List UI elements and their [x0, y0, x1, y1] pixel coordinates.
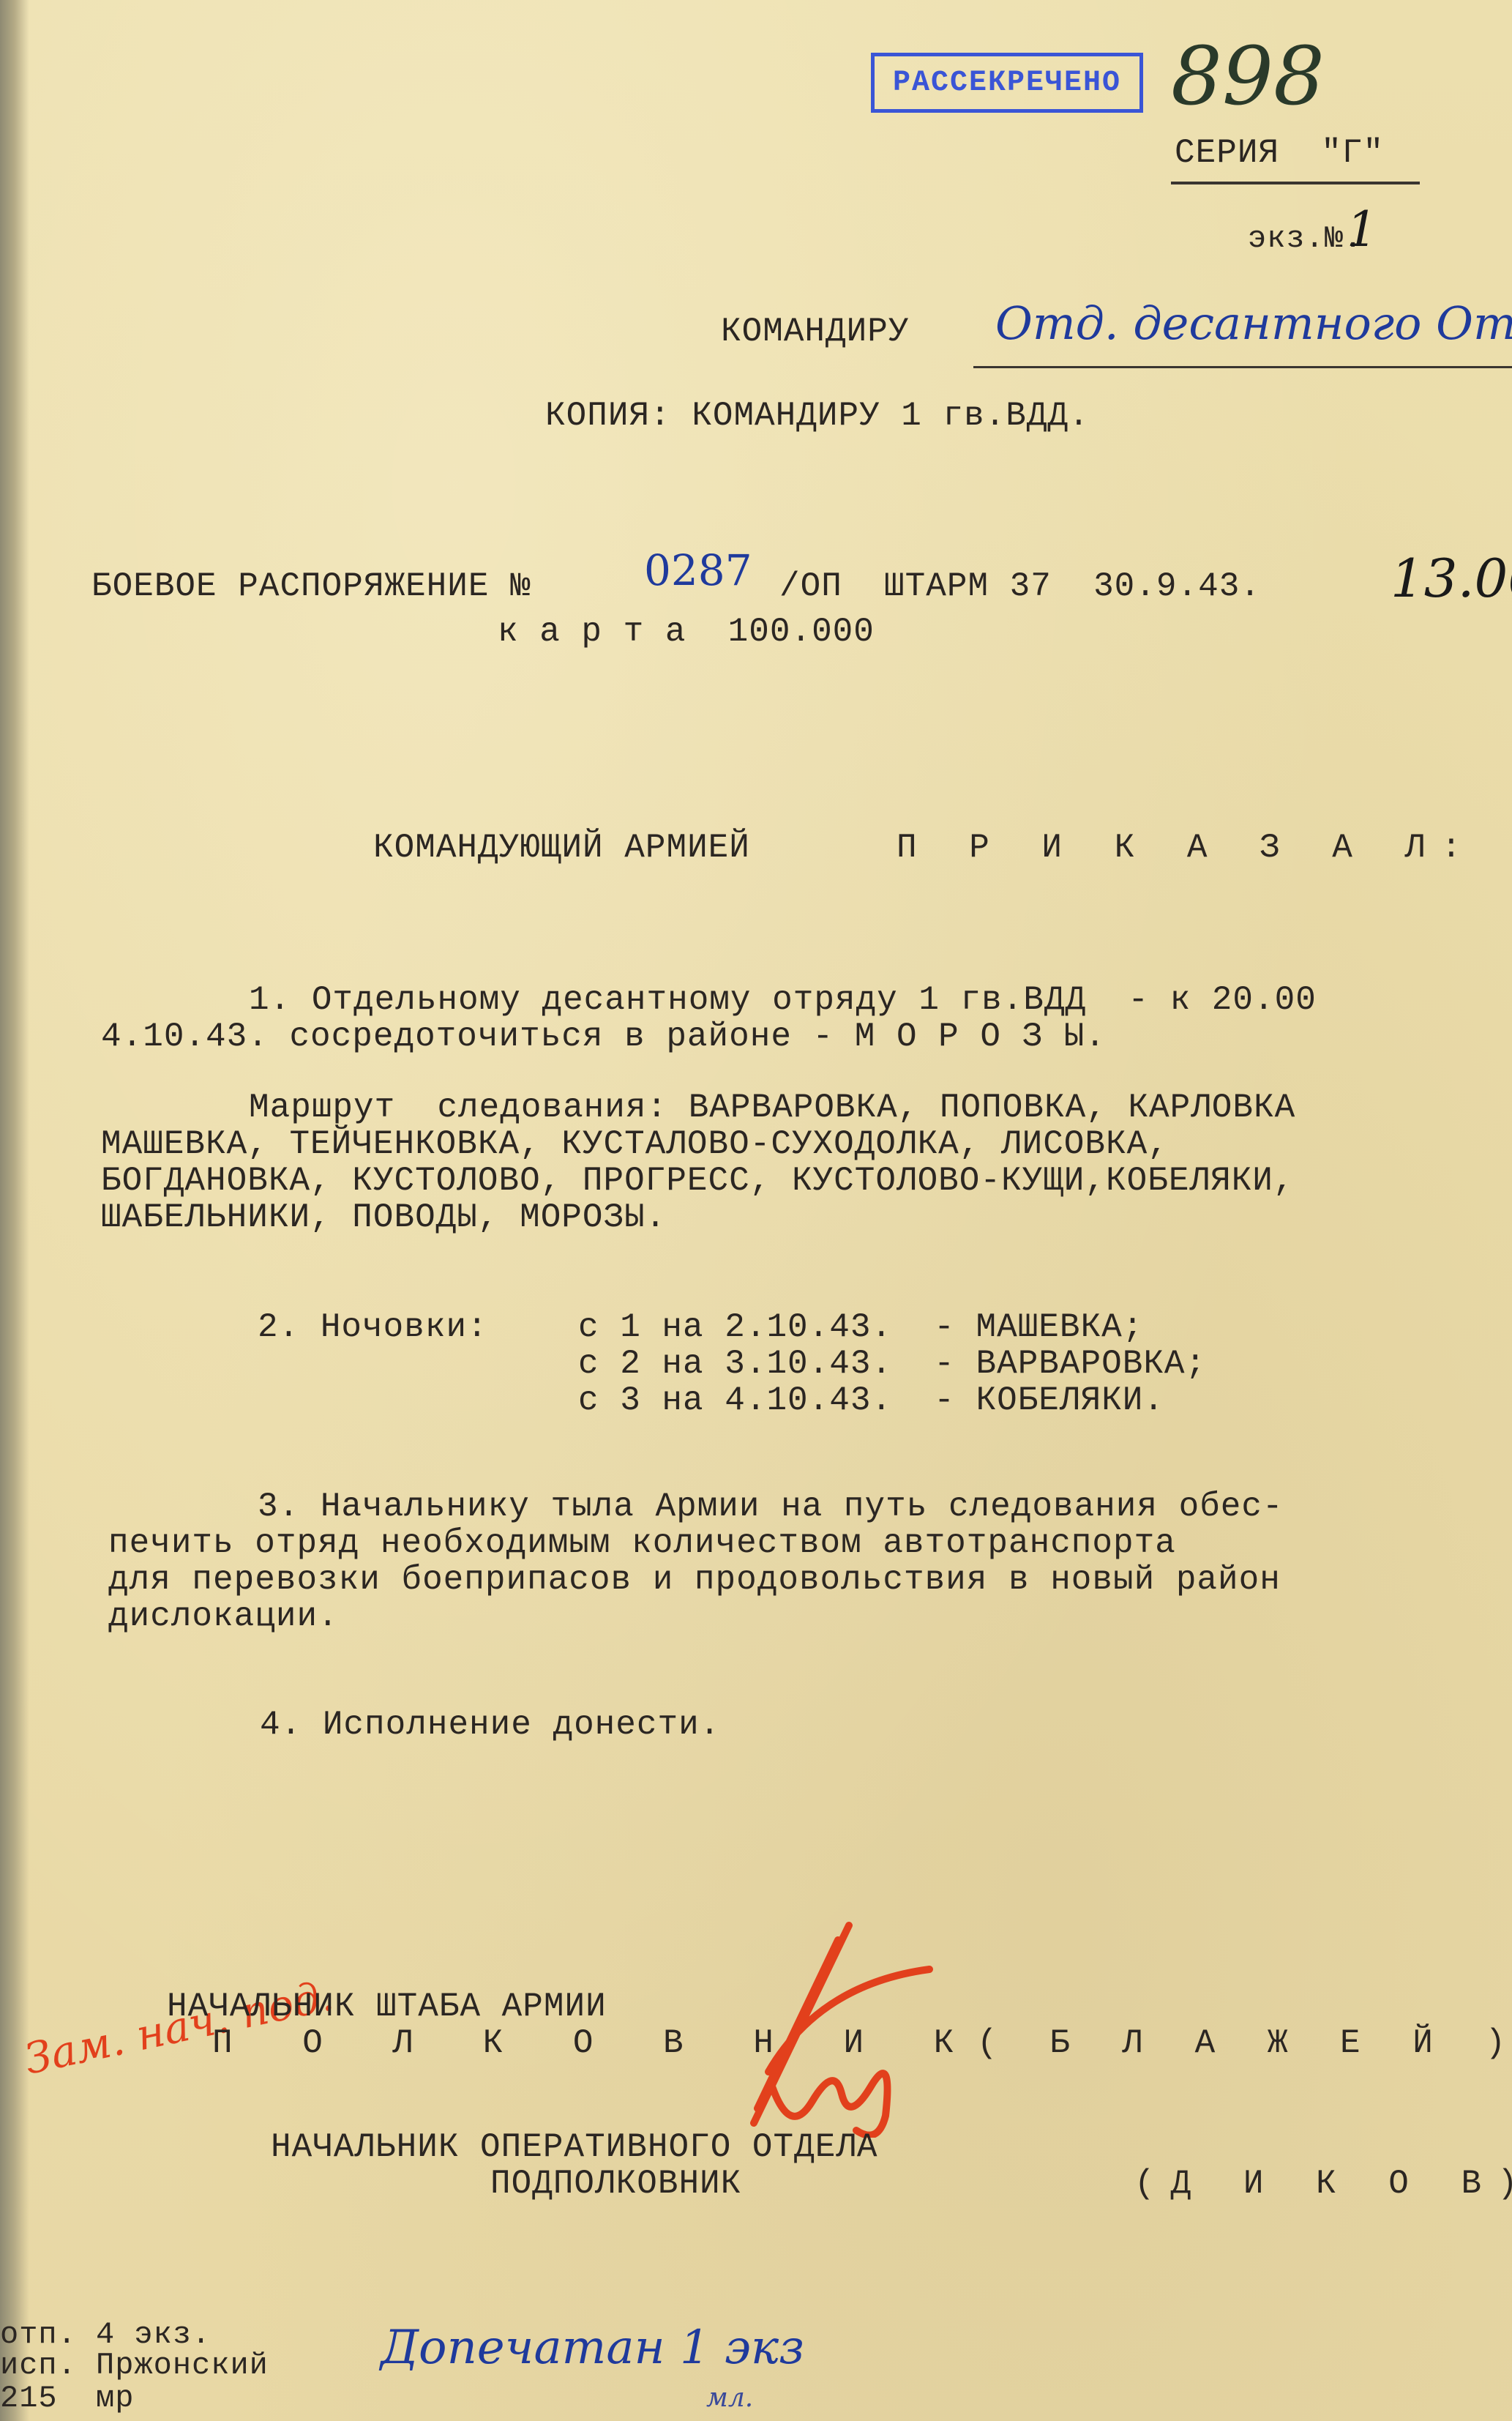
sig1-title: НАЧАЛЬНИК ШТАБА АРМИИ [167, 1990, 607, 2023]
copy-to-line: КОПИЯ: КОМАНДИРУ 1 гв.ВДД. [545, 399, 1090, 433]
sig2-rank: ПОДПОЛКОВНИК [490, 2167, 741, 2201]
footer-copies: отп. 4 экз. [0, 2319, 211, 2350]
lodging-row: с 2 на 3.10.43. - ВАРВАРОВКА; [578, 1347, 1206, 1381]
route-line3: БОГДАНОВКА, КУСТОЛОВО, ПРОГРЕСС, КУСТОЛО… [101, 1164, 1294, 1198]
route-line4: ШАБЕЛЬНИКИ, ПОВОДЫ, МОРОЗЫ. [101, 1201, 666, 1234]
order-time: 13.00 [1391, 548, 1512, 609]
para3-line2: печить отряд необходимым количеством авт… [108, 1526, 1176, 1560]
order-title-prefix: БОЕВОЕ РАСПОРЯЖЕНИЕ № [91, 570, 531, 603]
heading-ordered: П Р И К А З А Л: [897, 831, 1478, 865]
route-line1: Маршрут следования: ВАРВАРОВКА, ПОПОВКА,… [249, 1091, 1295, 1124]
route-line2: МАШЕВКА, ТЕЙЧЕНКОВКА, КУСТАЛОВО-СУХОДОЛК… [101, 1127, 1169, 1161]
series-label: СЕРИЯ "Г" [1175, 136, 1384, 170]
copy-number-value: 1 [1347, 201, 1377, 258]
sig2-name: (Д И К О В) [1134, 2167, 1512, 2201]
para2-label: 2. Ночовки: [258, 1310, 488, 1344]
heading-commander: КОМАНДУЮЩИЙ АРМИЕЙ [373, 831, 750, 865]
map-scale: к а р т а 100.000 [498, 615, 875, 649]
footer-handwritten-note: Допечатан 1 экз [381, 2321, 804, 2375]
order-number: 0287 [644, 545, 752, 595]
addressee-underline [973, 366, 1512, 368]
sig1-name: ( Б Л А Ж Е Й ) [977, 2026, 1512, 2060]
declassified-stamp: РАССЕКРЕЧЕНО [871, 53, 1143, 113]
para3-line3: для перевозки боеприпасов и продовольств… [108, 1563, 1281, 1597]
addressee-handwritten: Отд. десантного Отряда [995, 296, 1512, 350]
red-signature [688, 1903, 966, 2138]
footer-handwritten-initials: мл. [706, 2383, 753, 2413]
footer-executor: исп. Пржонский [0, 2350, 269, 2381]
order-title-suffix: /ОП ШТАРМ 37 30.9.43. [779, 570, 1261, 603]
series-underline [1171, 182, 1420, 184]
lodging-row: с 1 на 2.10.43. - МАШЕВКА; [578, 1310, 1143, 1344]
copy-number-label: экз.№. [1248, 223, 1363, 254]
para3-line4: дислокации. [108, 1600, 339, 1633]
para4: 4. Исполнение донести. [260, 1708, 720, 1742]
sig2-title: НАЧАЛЬНИК ОПЕРАТИВНОГО ОТДЕЛА [271, 2130, 878, 2164]
lodging-row: с 3 на 4.10.43. - КОБЕЛЯКИ. [578, 1384, 1164, 1417]
addressee-label: КОМАНДИРУ [721, 315, 909, 348]
para3-line1: 3. Начальнику тыла Армии на путь следова… [258, 1490, 1284, 1523]
footer-code: 215 мр [0, 2383, 134, 2414]
para1-line2: 4.10.43. сосредоточиться в районе - М О … [101, 1020, 1106, 1053]
para1-line1: 1. Отдельному десантному отряду 1 гв.ВДД… [249, 983, 1317, 1017]
archive-number: 898 [1171, 29, 1325, 123]
